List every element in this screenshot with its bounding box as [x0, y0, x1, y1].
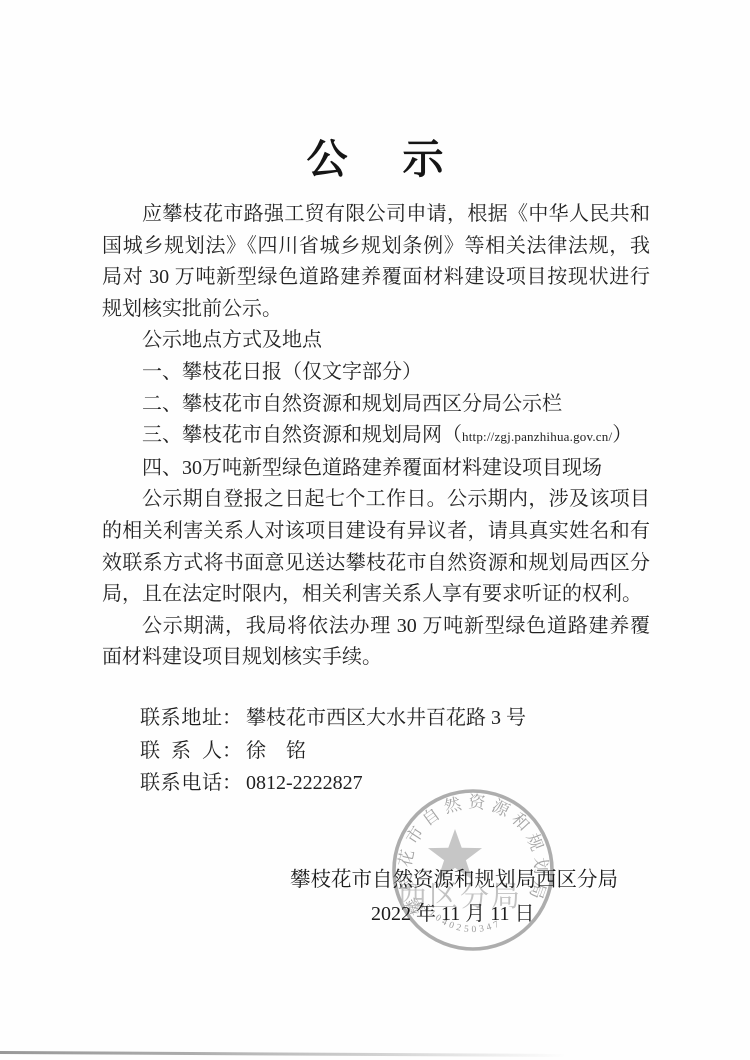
section-heading: 公示地点方式及地点	[102, 325, 650, 357]
signature-organization: 攀枝花市自然资源和规划局西区分局	[290, 862, 618, 892]
contact-address-row: 联系地址：攀枝花市西区大水井百花路 3 号	[140, 702, 526, 735]
contact-phone-label: 联系电话	[140, 767, 222, 800]
paragraph-period: 公示期自登报之日起七个工作日。公示期内，涉及该项目的相关利害关系人对该项目建设有…	[102, 484, 650, 610]
list-item-website: 三、攀枝花市自然资源和规划局网（http://zgj.panzhihua.gov…	[102, 420, 650, 453]
paragraph-closing: 公示期满，我局将依法办理 30 万吨新型绿色道路建养覆面材料建设项目规划核实手续…	[102, 611, 650, 674]
contact-address-value: 攀枝花市西区大水井百花路 3 号	[246, 707, 526, 729]
notice-title-char-2: 示	[403, 126, 444, 185]
paragraph-intro: 应攀枝花市路强工贸有限公司申请，根据《中华人民共和国城乡规划法》《四川省城乡规划…	[102, 199, 650, 325]
notice-body: 应攀枝花市路强工贸有限公司申请，根据《中华人民共和国城乡规划法》《四川省城乡规划…	[102, 199, 650, 674]
list-item-project-site: 四、30万吨新型绿色道路建养覆面材料建设项目现场	[102, 453, 650, 485]
contact-address-label: 联系地址	[140, 702, 222, 735]
list-item-bulletin-board: 二、攀枝花市自然资源和规划局西区分局公示栏	[102, 389, 650, 421]
contact-phone-value: 0812-2222827	[246, 772, 363, 794]
notice-page: 公 示 应攀枝花市路强工贸有限公司申请，根据《中华人民共和国城乡规划法》《四川省…	[0, 0, 750, 1060]
notice-title-char-1: 公	[307, 126, 348, 185]
contact-block: 联系地址：攀枝花市西区大水井百花路 3 号 联 系 人：徐 铭 联系电话：081…	[140, 702, 526, 800]
contact-person-label: 联 系 人	[140, 735, 222, 768]
signature-date: 2022 年 11 月 11 日	[371, 897, 535, 926]
contact-person-row: 联 系 人：徐 铭	[140, 735, 526, 768]
bureau-website-url: http://zgj.panzhihua.gov.cn/	[462, 429, 612, 444]
scan-artifact-line	[0, 1051, 590, 1057]
list-item-newspaper: 一、攀枝花日报（仅文字部分）	[102, 357, 650, 389]
notice-title: 公 示	[0, 126, 750, 185]
contact-person-value: 徐 铭	[246, 740, 306, 762]
